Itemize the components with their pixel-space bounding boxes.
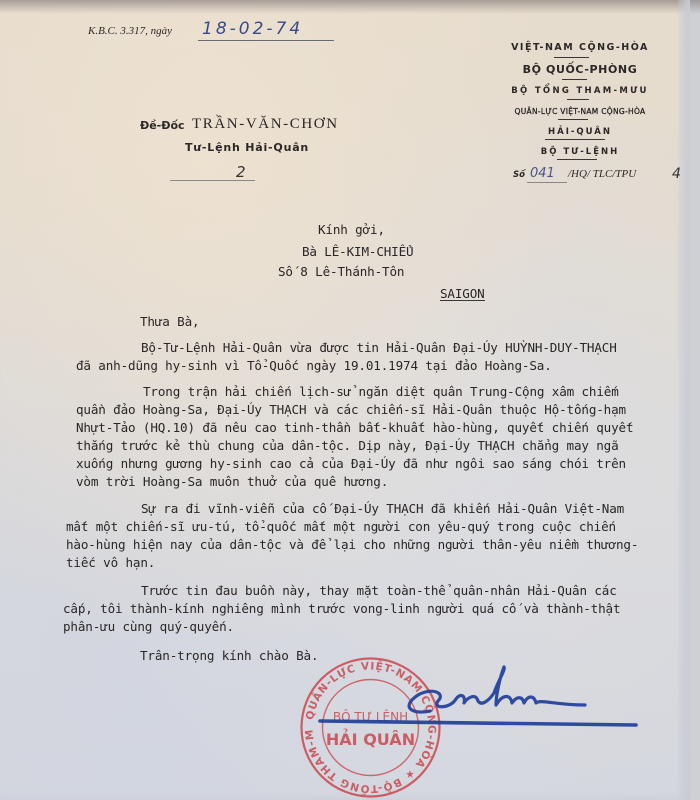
- page-top-shadow: [0, 0, 700, 14]
- recipient-address: Số 8 Lê-Thánh-Tôn: [278, 264, 404, 279]
- paragraph-line: cấp, tôi thành-kính nghiêng mình trước v…: [63, 601, 620, 616]
- paragraph-line: xuống nhưng gương hy-sinh cao cả của Đại…: [76, 456, 626, 471]
- signature: [300, 665, 660, 745]
- paragraph-line: đã anh-dũng hy-sinh vì Tổ-Quốc ngày 19.0…: [76, 358, 552, 373]
- letterhead-underline-1: [554, 57, 589, 58]
- sender-mark: 2: [236, 163, 246, 181]
- recipient-greeting: Kính gởi,: [318, 222, 385, 237]
- paragraph-line: Trước tin đau buồn này, thay mặt toàn-th…: [141, 583, 617, 598]
- paragraph-line: thắng trước kẻ thù chung của dân-tộc. Dị…: [76, 438, 619, 453]
- paragraph-line: Nhựt-Tảo (HQ.10) đã nêu cao tinh-thần bấ…: [76, 420, 633, 435]
- paragraph-line: mất một chiến-sĩ ưu-tú, tổ-quốc mất một …: [66, 519, 616, 534]
- kbc-label: K.B.C. 3.317, ngày: [88, 25, 172, 37]
- sender-title: Tư-Lệnh Hải-Quân: [185, 141, 309, 154]
- ref-number-underline: [527, 182, 567, 183]
- letterhead-line-2: BỘ QUỐC-PHÒNG: [480, 63, 680, 76]
- letterhead-line-3: BỘ TỔNG THAM-MƯU: [480, 86, 680, 96]
- salutation: Thưa Bà,: [140, 314, 199, 329]
- letterhead-line-1: VIỆT-NAM CỘNG-HÒA: [480, 42, 680, 53]
- date-underline: [198, 40, 334, 41]
- recipient-city: SAIGON: [440, 286, 485, 301]
- paragraph-line: tiếc vô hạn.: [66, 555, 155, 570]
- sender-rank: Đề-Đốc: [140, 119, 185, 132]
- paragraph-line: vòm trời Hoàng-Sa muôn thuở của quê hươn…: [76, 474, 388, 489]
- letterhead-underline-2: [562, 79, 587, 80]
- ref-mark: 4: [672, 166, 681, 182]
- letterhead-underline-6: [557, 159, 597, 160]
- handwritten-date: 18-02-74: [202, 19, 303, 39]
- paragraph-line: Trong trận hải chiến lịch-sử ngăn diệt q…: [143, 384, 619, 399]
- letterhead-underline-4: [558, 119, 588, 120]
- sender-mark-line: [170, 180, 255, 181]
- paragraph-line: hào-hùng hiện nay của dân-tộc và để lại …: [66, 537, 638, 552]
- closing: Trân-trọng kính chào Bà.: [140, 648, 318, 663]
- paragraph-line: quần đảo Hoàng-Sa, Đại-Úy THẠCH và các c…: [76, 402, 626, 417]
- letter-page: K.B.C. 3.317, ngày 18-02-74 Đề-Đốc TRẦN-…: [0, 0, 690, 800]
- letterhead-underline-5: [545, 139, 605, 140]
- ref-suffix: /HQ/ TLC/TPU: [568, 168, 636, 180]
- sender-name: TRẦN-VĂN-CHƠN: [192, 116, 339, 133]
- recipient-name: Bà LÊ-KIM-CHIỂU: [302, 244, 413, 259]
- page-right-edge: [678, 0, 690, 800]
- ref-prefix: Số: [513, 170, 525, 180]
- paragraph-line: Bộ-Tư-Lệnh Hải-Quân vừa được tin Hải-Quâ…: [141, 340, 617, 355]
- letterhead-line-5: HẢI-QUÂN: [480, 127, 680, 137]
- letterhead-underline-3: [567, 99, 589, 100]
- ref-number: 041: [530, 166, 555, 181]
- paragraph-line: Sự ra đi vĩnh-viễn của cố Đại-Úy THẠCH đ…: [141, 501, 624, 516]
- recipient-city-underline: [440, 300, 485, 301]
- letterhead-line-4: QUÂN-LỰC VIỆT-NAM CỘNG-HÒA: [480, 107, 680, 116]
- letterhead-line-6: BỘ TƯ-LỆNH: [480, 147, 680, 157]
- paragraph-line: phân-ưu cùng quý-quyến.: [63, 619, 234, 634]
